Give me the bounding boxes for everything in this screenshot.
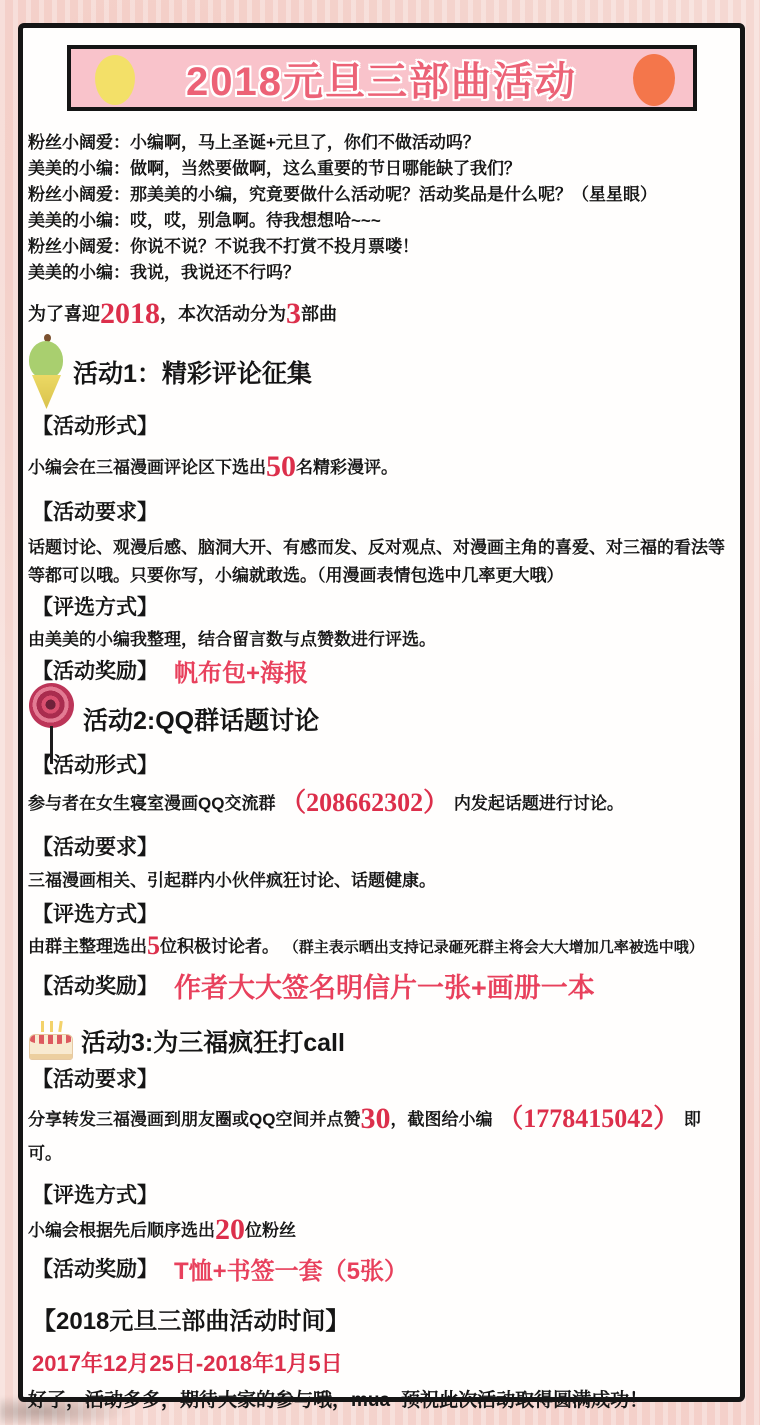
activity3-judge-label: 【评选方式】 bbox=[32, 1181, 740, 1211]
activity1-prize-label: 【活动奖励】 bbox=[32, 655, 158, 685]
intro-year: 2018 bbox=[100, 297, 160, 330]
activity3-heading: 活动3:为三福疯狂打call bbox=[81, 1023, 345, 1059]
cake-icon bbox=[29, 1020, 73, 1062]
activity2-heading-row: 活动2:QQ群话题讨论 bbox=[29, 687, 740, 751]
activity3-req-label: 【活动要求】 bbox=[32, 1065, 740, 1095]
announcement-card: 2018元旦三部曲活动 粉丝小阔爱：小编啊，马上圣诞+元旦了，你们不做活动吗？ … bbox=[18, 23, 745, 1402]
activity2-heading: 活动2:QQ群话题讨论 bbox=[83, 701, 319, 737]
activity2-form-a: 参与者在女生寝室漫画QQ交流群 bbox=[28, 794, 280, 813]
activity1-req-text: 话题讨论、观漫后感、脑洞大开、有感而发、反对观点、对漫画主角的喜爱、对三福的看法… bbox=[28, 534, 726, 590]
activity3-winner-count: 20 bbox=[215, 1213, 245, 1246]
intro-line: 为了喜迎2018，本次活动分为3部曲 bbox=[28, 296, 740, 332]
event-time-value: 2017年12月25日-2018年1月5日 bbox=[32, 1350, 740, 1378]
dialogue-line: 粉丝小阔爱：小编啊，马上圣诞+元旦了，你们不做活动吗？ bbox=[28, 130, 726, 156]
title-banner: 2018元旦三部曲活动 bbox=[67, 45, 697, 111]
activity3-prize-value: T恤+书签一套（5张） bbox=[174, 1251, 408, 1286]
activity3-editor-qq-number: （1778415042） bbox=[497, 1104, 679, 1133]
activity2-prize-label: 【活动奖励】 bbox=[32, 970, 158, 1000]
activity2-judge-label: 【评选方式】 bbox=[32, 900, 740, 930]
activity2-form-b: 内发起话题进行讨论。 bbox=[449, 794, 624, 813]
activity3-req-a: 分享转发三福漫画到朋友圈或QQ空间并点赞 bbox=[28, 1110, 360, 1129]
activity1-prize-value: 帆布包+海报 bbox=[174, 653, 308, 688]
page-title: 2018元旦三部曲活动 bbox=[186, 50, 577, 107]
activity2-form-text: 参与者在女生寝室漫画QQ交流群 （208662302） 内发起话题进行讨论。 bbox=[28, 787, 724, 821]
intro-text-a: 为了喜迎 bbox=[28, 304, 100, 324]
dialogue-line: 美美的小编：哎，哎，别急啊。待我想想哈~~~ bbox=[28, 208, 726, 234]
dialogue-line: 粉丝小阔爱：那美美的小编，究竟要做什么活动呢？活动奖品是什么呢？（星星眼） bbox=[28, 182, 726, 208]
balloon-orange-icon bbox=[633, 54, 675, 106]
activity3-prize-row: 【活动奖励】 T恤+书签一套（5张） bbox=[32, 1252, 740, 1284]
activity1-form-a: 小编会在三福漫画评论区下选出 bbox=[28, 458, 266, 477]
balloon-yellow-icon bbox=[95, 55, 135, 105]
activity2-judge-b: 位积极讨论者。 bbox=[160, 937, 279, 956]
ice-cream-icon bbox=[29, 334, 65, 410]
activity1-winner-count: 50 bbox=[266, 450, 296, 483]
activity1-prize-row: 【活动奖励】 帆布包+海报 bbox=[32, 655, 740, 685]
activity1-form-label: 【活动形式】 bbox=[32, 412, 740, 442]
activity2-prize-row: 【活动奖励】 作者大大签名明信片一张+画册一本 bbox=[32, 967, 740, 1003]
activity1-heading-row: 活动1：精彩评论征集 bbox=[29, 334, 740, 410]
dialogue-block: 粉丝小阔爱：小编啊，马上圣诞+元旦了，你们不做活动吗？ 美美的小编：做啊，当然要… bbox=[28, 130, 726, 286]
activity1-req-label: 【活动要求】 bbox=[32, 498, 740, 528]
lollipop-icon bbox=[29, 687, 75, 751]
dialogue-line: 美美的小编：我说，我说还不行吗？ bbox=[28, 260, 726, 286]
activity3-judge-a: 小编会根据先后顺序选出 bbox=[28, 1221, 215, 1240]
activity2-req-label: 【活动要求】 bbox=[32, 833, 740, 863]
activity1-form-b: 名精彩漫评。 bbox=[296, 458, 398, 477]
activity2-req-text: 三福漫画相关、引起群内小伙伴疯狂讨论、话题健康。 bbox=[28, 867, 724, 894]
activity3-like-count: 30 bbox=[360, 1102, 390, 1135]
activity2-judge-text: 由群主整理选出5位积极讨论者。 （群主表示晒出支持记录砸死群主将会大大增加几率被… bbox=[28, 932, 724, 963]
activity2-prize-value: 作者大大签名明信片一张+画册一本 bbox=[174, 966, 595, 1005]
intro-text-c: 部曲 bbox=[301, 304, 337, 324]
activity1-form-text: 小编会在三福漫画评论区下选出50名精彩漫评。 bbox=[28, 452, 724, 482]
activity2-judge-a: 由群主整理选出 bbox=[28, 937, 147, 956]
event-time-label: 【2018元旦三部曲活动时间】 bbox=[32, 1306, 740, 1338]
closing-line: 好了，活动多多，期待大家的参与哦，mua~预祝此次活动取得圆满成功！ bbox=[28, 1387, 740, 1414]
activity1-judge-label: 【评选方式】 bbox=[32, 593, 740, 623]
activity1-heading: 活动1：精彩评论征集 bbox=[73, 354, 312, 390]
activity3-req-text: 分享转发三福漫画到朋友圈或QQ空间并点赞30，截图给小编 （1778415042… bbox=[28, 1103, 724, 1171]
intro-text-b: ，本次活动分为 bbox=[160, 304, 286, 324]
activity2-qq-group-number: （208662302） bbox=[280, 788, 449, 817]
activity3-judge-b: 位粉丝 bbox=[245, 1221, 296, 1240]
activity3-heading-row: 活动3:为三福疯狂打call bbox=[29, 1019, 740, 1063]
activity3-req-b: ，截图给小编 bbox=[390, 1110, 497, 1129]
activity3-prize-label: 【活动奖励】 bbox=[32, 1253, 158, 1283]
activity1-judge-text: 由美美的小编我整理，结合留言数与点赞数进行评选。 bbox=[28, 626, 724, 653]
intro-count: 3 bbox=[286, 297, 301, 330]
activity2-form-label: 【活动形式】 bbox=[32, 751, 740, 781]
activity2-winner-count: 5 bbox=[147, 931, 160, 960]
activity2-judge-note: （群主表示晒出支持记录砸死群主将会大大增加几率被选中哦） bbox=[284, 939, 704, 956]
activity3-judge-text: 小编会根据先后顺序选出20位粉丝 bbox=[28, 1215, 724, 1246]
dialogue-line: 粉丝小阔爱：你说不说？不说我不打赏不投月票喽！ bbox=[28, 234, 726, 260]
dialogue-line: 美美的小编：做啊，当然要做啊，这么重要的节日哪能缺了我们？ bbox=[28, 156, 726, 182]
